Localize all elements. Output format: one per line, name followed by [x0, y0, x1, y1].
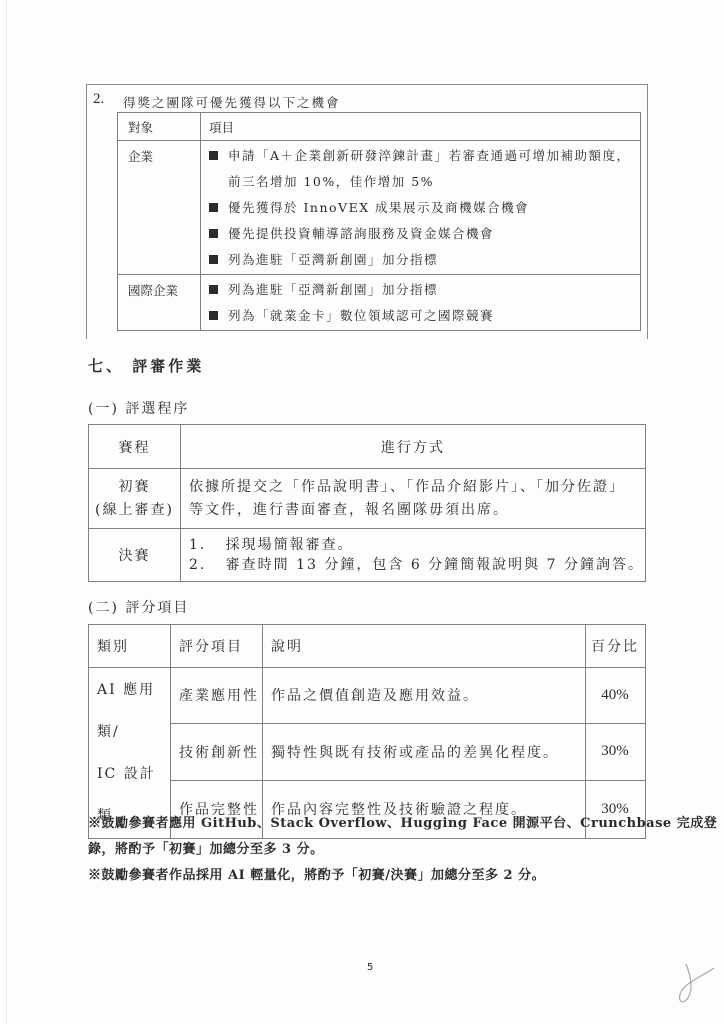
method-final: 1. 採現場簡報審查。 2. 審查時間 13 分鐘，包含 6 分鐘簡報說明與 7…: [180, 529, 645, 582]
page-number: 5: [367, 962, 373, 973]
benefit-item: 列為進駐「亞灣新創園」加分指標: [209, 246, 640, 272]
desc-innovation: 獨特性與既有技術或產品的差異化程度。: [263, 723, 586, 780]
note-open-source: ※鼓勵參賽者應用 GitHub、Stack Overflow、Hugging F…: [88, 812, 717, 831]
header-percent: 百分比: [586, 625, 646, 668]
target-intl-enterprise: 國際企業: [118, 275, 201, 331]
stage-preliminary: 初賽 (線上審查): [89, 469, 181, 529]
note-open-source-cont: 錄，將酌予「初賽」加總分至多 3 分。: [88, 838, 324, 857]
header-criterion: 評分項目: [171, 625, 263, 668]
criterion-industry: 產業應用性: [171, 668, 263, 724]
header-stage: 賽程: [89, 425, 181, 469]
bullet-square-icon: [209, 203, 218, 212]
benefit-item: 申請「A＋企業創新研發淬鍊計畫」若審查通過可增加補助額度，: [209, 142, 640, 168]
benefit-item: 優先提供投資輔導諮詢服務及資金媒合機會: [209, 220, 640, 246]
method-preliminary: 依據所提交之「作品說明書」、「作品介紹影片」、「加分佐證」 等文件，進行書面審查…: [180, 469, 645, 529]
section7-heading: 七、 評審作業: [88, 355, 204, 376]
signature-mark-icon: [672, 960, 716, 1014]
bullet-square-icon: [209, 229, 218, 238]
benefit-item-continued: 前三名增加 10%，佳作增加 5%: [209, 168, 640, 194]
benefits-table: 對象 項目 企業 申請「A＋企業創新研發淬鍊計畫」若審查通過可增加補助額度， 前…: [117, 112, 641, 331]
page-edge: [6, 0, 7, 1024]
scoring-table: 類別 評分項目 說明 百分比 AI 應用類/ IC 設計類 產業應用性 作品之價…: [88, 624, 646, 839]
header-method: 進行方式: [180, 425, 645, 469]
bullet-square-icon: [209, 311, 218, 320]
target-enterprise: 企業: [118, 141, 201, 275]
process-heading: (一) 評選程序: [88, 398, 189, 418]
bullet-square-icon: [209, 255, 218, 264]
criterion-innovation: 技術創新性: [171, 723, 263, 780]
header-target: 對象: [118, 113, 201, 141]
bullet-square-icon: [209, 151, 218, 160]
header-items: 項目: [201, 113, 641, 141]
pct-innovation: 30%: [586, 723, 646, 780]
header-description: 說明: [263, 625, 586, 668]
header-category: 類別: [89, 625, 171, 668]
benefit-item: 列為「就業金卡」數位領域認可之國際競賽: [209, 302, 640, 328]
desc-industry: 作品之價值創造及應用效益。: [263, 668, 586, 724]
section2-number: 2.: [93, 91, 104, 108]
section2-title: 得獎之團隊可優先獲得以下之機會: [123, 93, 341, 111]
scoring-heading: (二) 評分項目: [88, 597, 189, 617]
pct-industry: 40%: [586, 668, 646, 724]
stage-final: 決賽: [89, 529, 181, 582]
benefit-item: 優先獲得於 InnoVEX 成果展示及商機媒合機會: [209, 194, 640, 220]
note-ai-lightweight: ※鼓勵參賽者作品採用 AI 輕量化，將酌予「初賽/決賽」加總分至多 2 分。: [88, 864, 545, 883]
process-table: 賽程 進行方式 初賽 (線上審查) 依據所提交之「作品說明書」、「作品介紹影片」…: [88, 424, 646, 582]
benefit-item: 列為進駐「亞灣新創園」加分指標: [209, 276, 640, 302]
bullet-square-icon: [209, 285, 218, 294]
